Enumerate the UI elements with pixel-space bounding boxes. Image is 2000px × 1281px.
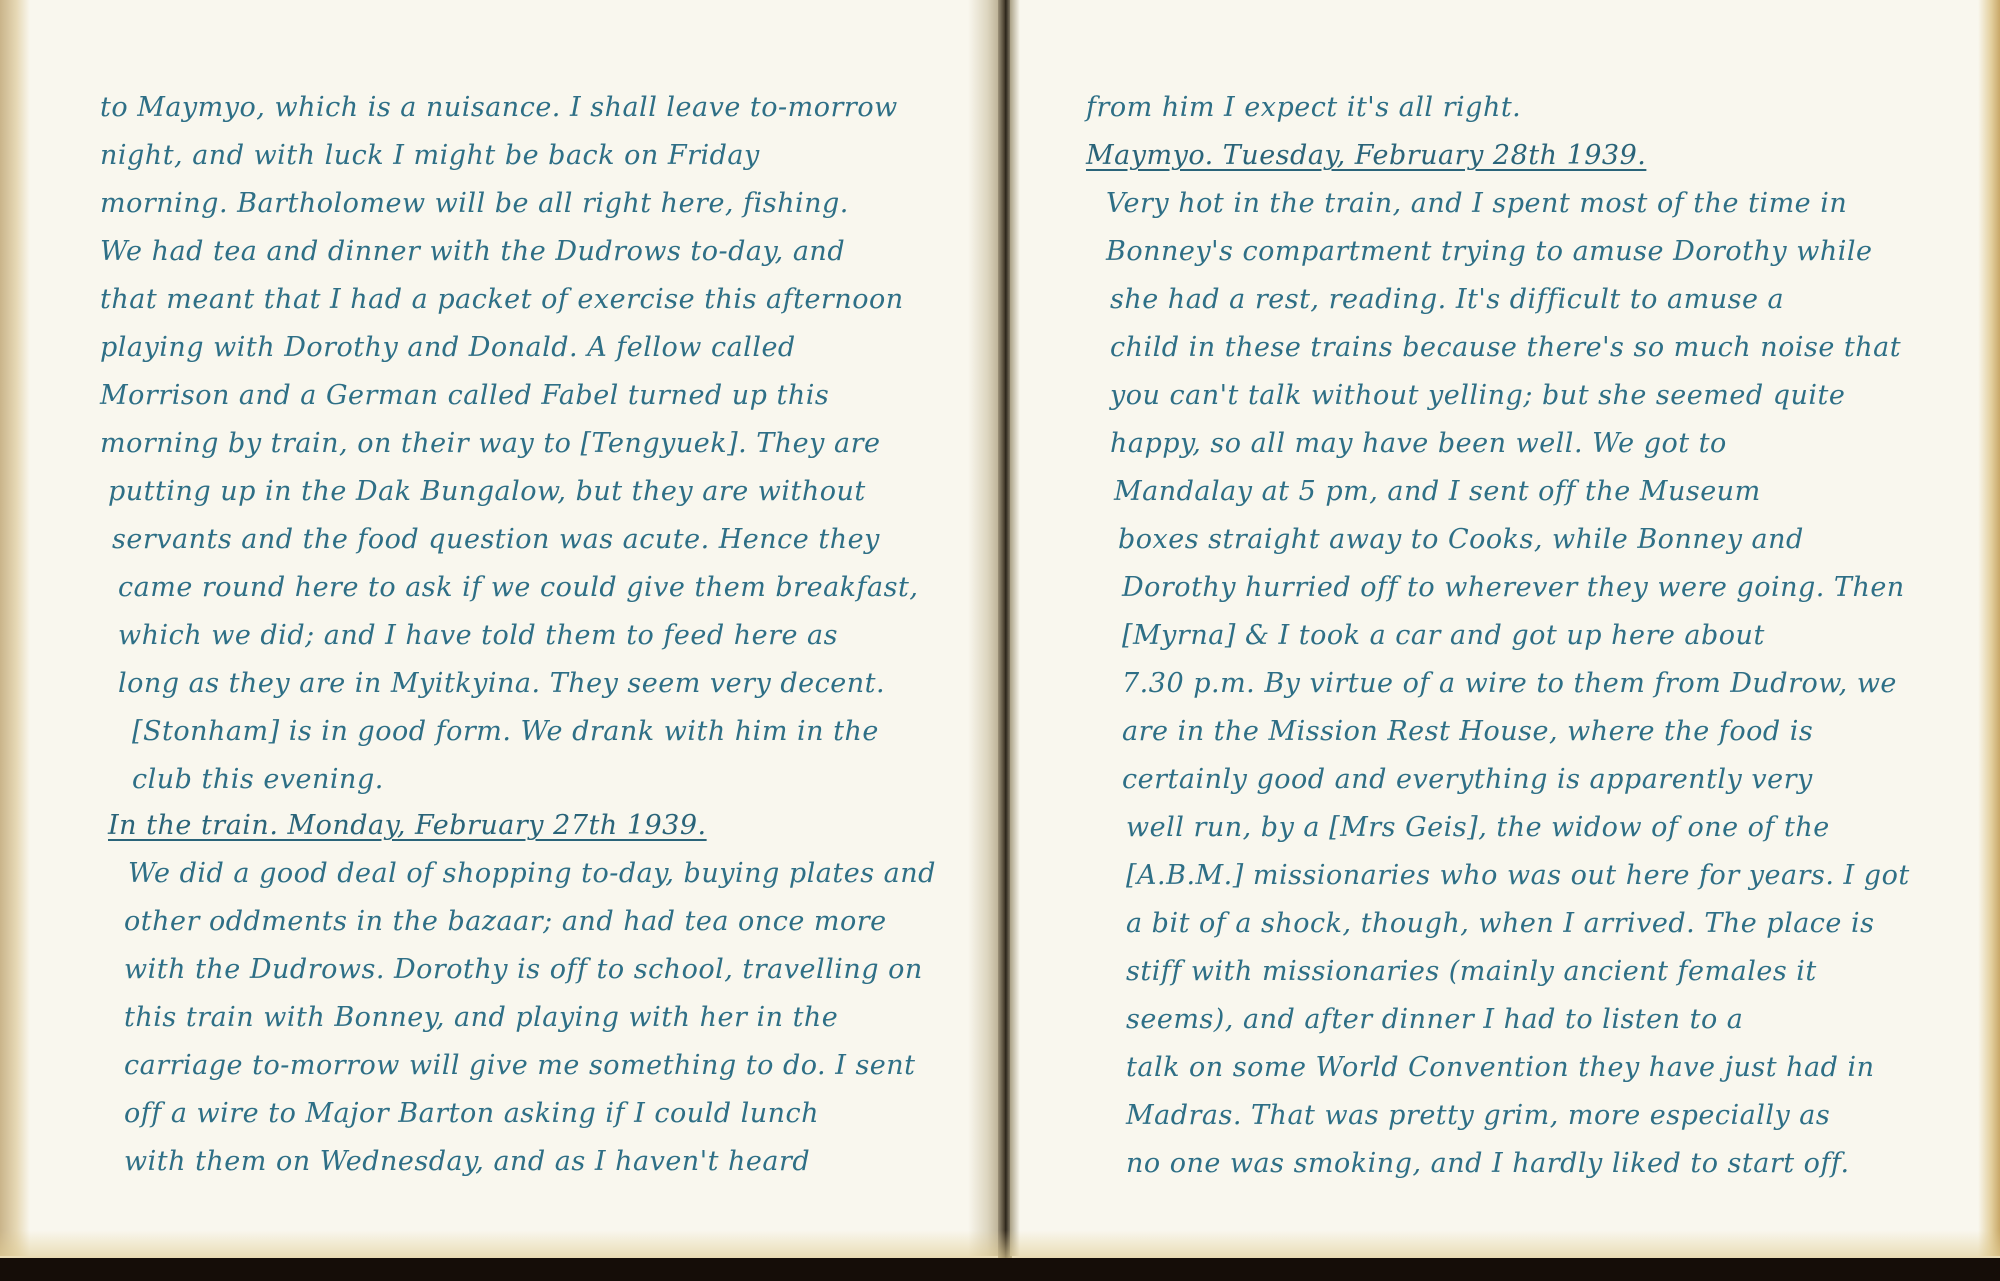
entry-heading: In the train. Monday, February 27th 1939… — [108, 810, 707, 841]
handwritten-line: with them on Wednesday, and as I haven't… — [124, 1146, 810, 1177]
handwritten-line: certainly good and everything is apparen… — [1122, 764, 1813, 795]
handwritten-line: 7.30 p.m. By virtue of a wire to them fr… — [1122, 668, 1897, 699]
handwritten-line: with the Dudrows. Dorothy is off to scho… — [124, 954, 923, 985]
handwritten-line: are in the Mission Rest House, where the… — [1122, 716, 1813, 747]
handwritten-line: putting up in the Dak Bungalow, but they… — [108, 476, 866, 507]
handwritten-line: off a wire to Major Barton asking if I c… — [124, 1098, 819, 1129]
handwritten-line: Bonney's compartment trying to amuse Dor… — [1106, 236, 1872, 267]
handwritten-line: We did a good deal of shopping to-day, b… — [128, 858, 936, 889]
handwritten-line: talk on some World Convention they have … — [1126, 1052, 1875, 1083]
handwritten-line: you can't talk without yelling; but she … — [1110, 380, 1845, 411]
handwritten-line: this train with Bonney, and playing with… — [124, 1002, 838, 1033]
handwritten-line: club this evening. — [132, 764, 384, 795]
handwritten-line: night, and with luck I might be back on … — [100, 140, 760, 171]
handwritten-line: playing with Dorothy and Donald. A fello… — [100, 332, 796, 363]
background-surface — [0, 1258, 2000, 1281]
handwritten-line: stiff with missionaries (mainly ancient … — [1126, 956, 1817, 987]
handwritten-line: We had tea and dinner with the Dudrows t… — [100, 236, 845, 267]
handwritten-line: [A.B.M.] missionaries who was out here f… — [1126, 860, 1910, 891]
handwritten-line: [Myrna] & I took a car and got up here a… — [1122, 620, 1765, 651]
notebook-spread: to Maymyo, which is a nuisance. I shall … — [0, 0, 2000, 1258]
handwritten-line: morning. Bartholomew will be all right h… — [100, 188, 849, 219]
entry-heading: Maymyo. Tuesday, February 28th 1939. — [1086, 140, 1646, 171]
handwritten-line: from him I expect it's all right. — [1086, 92, 1521, 123]
handwritten-line: she had a rest, reading. It's difficult … — [1110, 284, 1784, 315]
handwritten-line: happy, so all may have been well. We got… — [1110, 428, 1727, 459]
handwritten-line: child in these trains because there's so… — [1110, 332, 1901, 363]
handwritten-line: Madras. That was pretty grim, more espec… — [1126, 1100, 1830, 1131]
handwritten-line: carriage to-morrow will give me somethin… — [124, 1050, 916, 1081]
handwritten-line: morning by train, on their way to [Tengy… — [100, 428, 880, 459]
handwritten-line: no one was smoking, and I hardly liked t… — [1126, 1148, 1850, 1179]
handwritten-line: seems), and after dinner I had to listen… — [1126, 1004, 1743, 1035]
handwritten-line: to Maymyo, which is a nuisance. I shall … — [100, 92, 898, 123]
left-page: to Maymyo, which is a nuisance. I shall … — [0, 0, 1000, 1256]
handwritten-line: Mandalay at 5 pm, and I sent off the Mus… — [1114, 476, 1761, 507]
handwritten-line: which we did; and I have told them to fe… — [118, 620, 838, 651]
handwritten-line: well run, by a [Mrs Geis], the widow of … — [1126, 812, 1830, 843]
handwritten-line: boxes straight away to Cooks, while Bonn… — [1118, 524, 1804, 555]
handwritten-line: that meant that I had a packet of exerci… — [100, 284, 904, 315]
handwritten-line: came round here to ask if we could give … — [118, 572, 918, 603]
right-page: from him I expect it's all right. Maymyo… — [1010, 0, 2000, 1256]
handwritten-line: Dorothy hurried off to wherever they wer… — [1122, 572, 1905, 603]
handwritten-line: other oddments in the bazaar; and had te… — [124, 906, 887, 937]
handwritten-line: a bit of a shock, though, when I arrived… — [1126, 908, 1875, 939]
handwritten-line: Morrison and a German called Fabel turne… — [100, 380, 829, 411]
handwritten-line: long as they are in Myitkyina. They seem… — [118, 668, 885, 699]
handwritten-line: servants and the food question was acute… — [112, 524, 880, 555]
handwritten-line: [Stonham] is in good form. We drank with… — [132, 716, 879, 747]
page-bottom-edge — [0, 1230, 2000, 1258]
handwritten-line: Very hot in the train, and I spent most … — [1106, 188, 1847, 219]
